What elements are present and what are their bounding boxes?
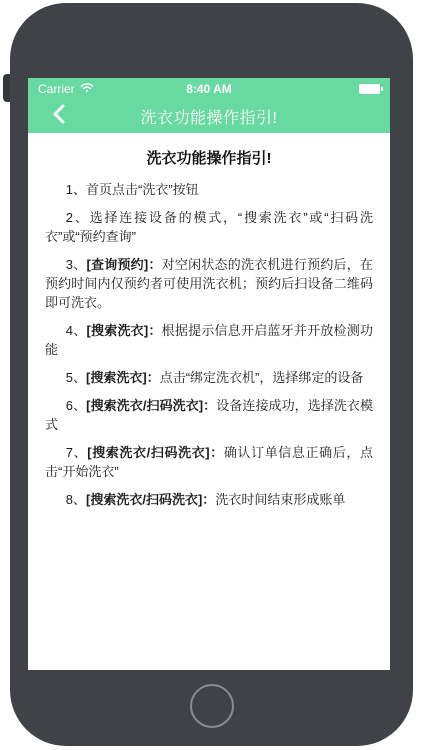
back-button[interactable] <box>40 100 76 133</box>
item-text: 2、选择连接设备的模式，“搜索洗衣”或“扫码洗衣”或“预约查询” <box>45 210 373 244</box>
instruction-item: 1、首页点击“洗衣”按钮 <box>45 180 373 199</box>
mode-tag: [搜索洗衣]： <box>86 370 160 385</box>
item-text: 6、 <box>66 398 86 413</box>
instruction-item: 8、[搜索洗衣/扫码洗衣]：洗衣时间结束形成账单 <box>45 490 373 509</box>
item-text: 3、 <box>66 257 87 272</box>
battery-icon <box>359 84 380 94</box>
mode-tag: [搜索洗衣/扫码洗衣]： <box>87 445 224 460</box>
instruction-item: 3、[查询预约]：对空闲状态的洗衣机进行预约后，在预约时间内仅预约者可使用洗衣机… <box>45 255 373 312</box>
mode-tag: [搜索洗衣/扫码洗衣]： <box>86 492 215 507</box>
instruction-item: 2、选择连接设备的模式，“搜索洗衣”或“扫码洗衣”或“预约查询” <box>45 208 373 246</box>
instruction-item: 5、[搜索洗衣]：点击“绑定洗衣机”，选择绑定的设备 <box>45 368 373 387</box>
chevron-left-icon <box>52 104 65 129</box>
nav-bar: 洗衣功能操作指引! <box>28 100 390 133</box>
item-text: 4、 <box>66 323 87 338</box>
item-text: 7、 <box>66 445 87 460</box>
item-text: 点击“绑定洗衣机”，选择绑定的设备 <box>160 370 364 385</box>
home-button[interactable] <box>190 684 234 728</box>
phone-screen: Carrier 8:40 AM <box>28 78 390 670</box>
page-title: 洗衣功能操作指引! <box>45 147 373 168</box>
wifi-icon <box>80 82 94 96</box>
mode-tag: [查询预约]： <box>86 257 161 272</box>
instruction-item: 4、[搜索洗衣]：根据提示信息开启蓝牙并开放检测功能 <box>45 321 373 359</box>
item-text: 1、首页点击“洗衣”按钮 <box>66 182 199 197</box>
phone-frame: Carrier 8:40 AM <box>10 3 413 746</box>
instruction-item: 7、[搜索洗衣/扫码洗衣]：确认订单信息正确后，点击“开始洗衣” <box>45 443 373 481</box>
instruction-item: 6、[搜索洗衣/扫码洗衣]：设备连接成功，选择洗衣模式 <box>45 396 373 434</box>
instruction-list: 1、首页点击“洗衣”按钮2、选择连接设备的模式，“搜索洗衣”或“扫码洗衣”或“预… <box>45 180 373 509</box>
mode-tag: [搜索洗衣/扫码洗衣]： <box>86 398 216 413</box>
mode-tag: [搜索洗衣]： <box>86 323 161 338</box>
carrier-label: Carrier <box>38 82 75 96</box>
item-text: 8、 <box>66 492 86 507</box>
instructions-page: 洗衣功能操作指引! 1、首页点击“洗衣”按钮2、选择连接设备的模式，“搜索洗衣”… <box>28 133 390 509</box>
item-text: 洗衣时间结束形成账单 <box>215 492 345 507</box>
carrier-area: Carrier <box>38 82 94 96</box>
nav-title: 洗衣功能操作指引! <box>141 105 278 128</box>
page-background: Carrier 8:40 AM <box>0 0 422 750</box>
item-text: 5、 <box>66 370 86 385</box>
status-bar: Carrier 8:40 AM <box>28 78 390 100</box>
